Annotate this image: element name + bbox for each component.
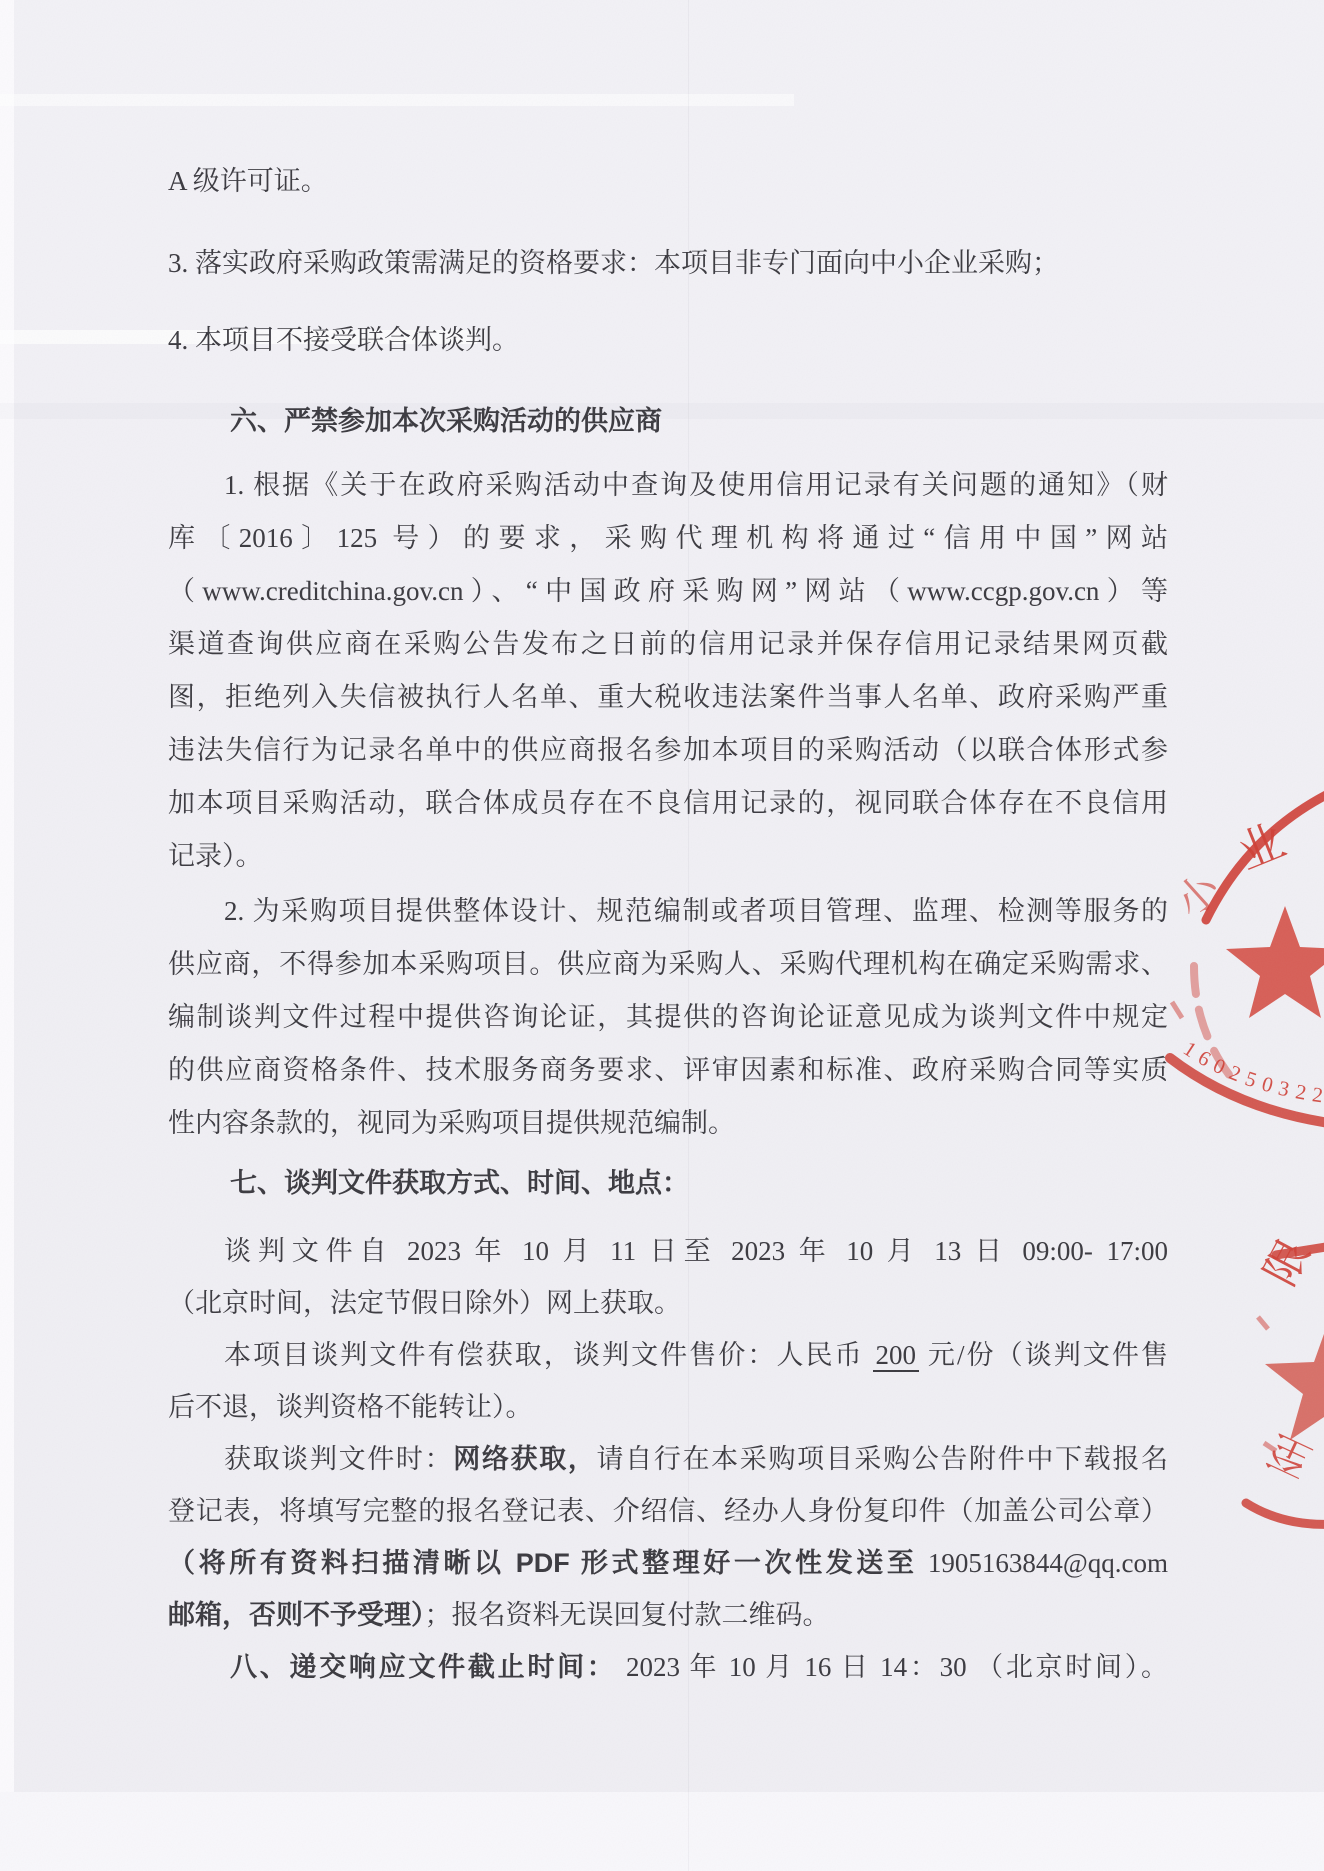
seal2-speckle-1 [1258,1317,1268,1329]
text-line: 的供应商资格条件、技术服务商务要求、评审因素和标准、政府采购合同等实质 [168,1044,1168,1097]
seal2-star-icon [1265,1317,1324,1440]
price-value-underlined: 200 [873,1340,920,1372]
price-text-pre: 本项目谈判文件有偿获取，谈判文件售价：人民币 [224,1340,873,1370]
text-line: 后不退，谈判资格不能转让）。 [168,1381,1168,1433]
price-text-post: 元/份（谈判文件售 [919,1340,1168,1370]
section7-time-paragraph: 谈判文件自 2023 年 10 月 11 日至 2023 年 10 月 13 日… [168,1225,1168,1329]
mailbox-text: ；报名资料无误回复付款二维码。 [425,1600,830,1630]
scanned-document-page: A 级许可证。 3. 落实政府采购政策需满足的资格要求：本项目非专门面向中小企业… [0,0,1324,1871]
text-line: 供应商，不得参加本采购项目。供应商为采购人、采购代理机构在确定采购需求、 [168,938,1168,991]
obtain-label: 获取谈判文件时： [224,1444,453,1474]
scan-edge-strip [0,0,14,1871]
section8-deadline-line: 八、递交响应文件截止时间： 2023 年 10 月 16 日 14：30 （北京… [168,1641,1168,1694]
text-line: 加本项目采购活动，联合体成员存在不良信用记录的，视同联合体存在不良信用 [168,777,1168,830]
text-line: 3. 落实政府采购政策需满足的资格要求：本项目非专门面向中小企业采购； [168,237,1168,290]
heading-text: 六、严禁参加本次采购活动的供应商 [168,395,1168,448]
item-4-line: 4. 本项目不接受联合体谈判。 [168,314,1168,367]
text-line: 记录）。 [168,830,1168,883]
text-line: 渠道查询供应商在采购公告发布之日前的信用记录并保存信用记录结果网页截 [168,618,1168,671]
text-line: A 级许可证。 [168,155,1168,208]
heading-text: 七、谈判文件获取方式、时间、地点： [168,1157,1168,1210]
section7-obtain-paragraph: 获取谈判文件时：网络获取，请自行在本采购项目采购公告附件中下载报名 登记表，将填… [168,1433,1168,1641]
scan-light-band-top [0,94,794,106]
license-line: A 级许可证。 [168,155,1168,208]
section7-heading: 七、谈判文件获取方式、时间、地点： [168,1157,1168,1210]
text-line: 编制谈判文件过程中提供咨询论证，其提供的咨询论证意见成为谈判文件中规定 [168,991,1168,1044]
text-line: 谈判文件自 2023 年 10 月 11 日至 2023 年 10 月 13 日… [168,1225,1168,1277]
scan-light-band-bottom [0,1792,1324,1871]
mailbox-warning-bold: 邮箱，否则不予受理） [168,1600,425,1630]
text-line: 登记表，将填写完整的报名登记表、介绍信、经办人身份复印件（加盖公司公章） [168,1485,1168,1537]
send-instruction-bold: （将所有资料扫描清晰以 PDF 形式整理好一次性发送至 [168,1548,918,1578]
text-line: 图，拒绝列入失信被执行人名单、重大税收违法案件当事人名单、政府采购严重 [168,671,1168,724]
seal-star-icon [1226,906,1324,1018]
text-line: （www.creditchina.gov.cn）、“中国政府采购网”网站（www… [168,565,1168,618]
text-line: 八、递交响应文件截止时间： 2023 年 10 月 16 日 14：30 （北京… [168,1641,1168,1694]
seal2-character-bottom: 至 [1261,1425,1319,1484]
text-line: （北京时间，法定节假日除外）网上获取。 [168,1277,1168,1329]
text-line: （将所有资料扫描清晰以 PDF 形式整理好一次性发送至 1905163844@q… [168,1537,1168,1589]
text-line: 2. 为采购项目提供整体设计、规范编制或者项目管理、监理、检测等服务的 [168,885,1168,938]
section6-heading: 六、严禁参加本次采购活动的供应商 [168,395,1168,448]
text-line: 邮箱，否则不予受理）；报名资料无误回复付款二维码。 [168,1589,1168,1641]
seal-speckle [1172,1002,1182,1018]
text-line: 获取谈判文件时：网络获取，请自行在本采购项目采购公告附件中下载报名 [168,1433,1168,1485]
seal-character-left: 小 [1168,864,1231,927]
text-line: 违法失信行为记录名单中的供应商报名参加本项目的采购活动（以联合体形式参 [168,724,1168,777]
item-3-line: 3. 落实政府采购政策需满足的资格要求：本项目非专门面向中小企业采购； [168,237,1168,290]
section7-price-paragraph: 本项目谈判文件有偿获取，谈判文件售价：人民币 200 元/份（谈判文件售 后不退… [168,1329,1168,1433]
text-line: 性内容条款的，视同为采购项目提供规范编制。 [168,1097,1168,1150]
send-email-address: 1905163844@qq.com [918,1548,1168,1578]
text-line: 4. 本项目不接受联合体谈判。 [168,314,1168,367]
obtain-text: 请自行在本采购项目采购公告附件中下载报名 [597,1444,1168,1474]
red-company-seal-lower: 限 至 [1200,1245,1324,1545]
seal-character-right: 投 [1320,785,1324,842]
obtain-method-bold: 网络获取， [453,1444,596,1474]
red-company-seal-upper: 小 业 投 1602503222 [1130,770,1324,1190]
section6-paragraph2: 2. 为采购项目提供整体设计、规范编制或者项目管理、监理、检测等服务的 供应商，… [168,885,1168,1150]
text-line: 库〔2016〕125 号）的要求，采购代理机构将通过“信用中国”网站 [168,512,1168,565]
text-line: 本项目谈判文件有偿获取，谈判文件售价：人民币 200 元/份（谈判文件售 [168,1329,1168,1381]
seal2-character-top: 限 [1256,1232,1320,1294]
section8-heading: 八、递交响应文件截止时间： [230,1652,617,1682]
text-line: 1. 根据《关于在政府采购活动中查询及使用信用记录有关问题的通知》（财 [168,459,1168,512]
deadline-value: 2023 年 10 月 16 日 14：30 （北京时间）。 [617,1652,1168,1682]
seal2-arc-bottom [1246,1503,1324,1524]
section6-paragraph1: 1. 根据《关于在政府采购活动中查询及使用信用记录有关问题的通知》（财 库〔20… [168,459,1168,883]
